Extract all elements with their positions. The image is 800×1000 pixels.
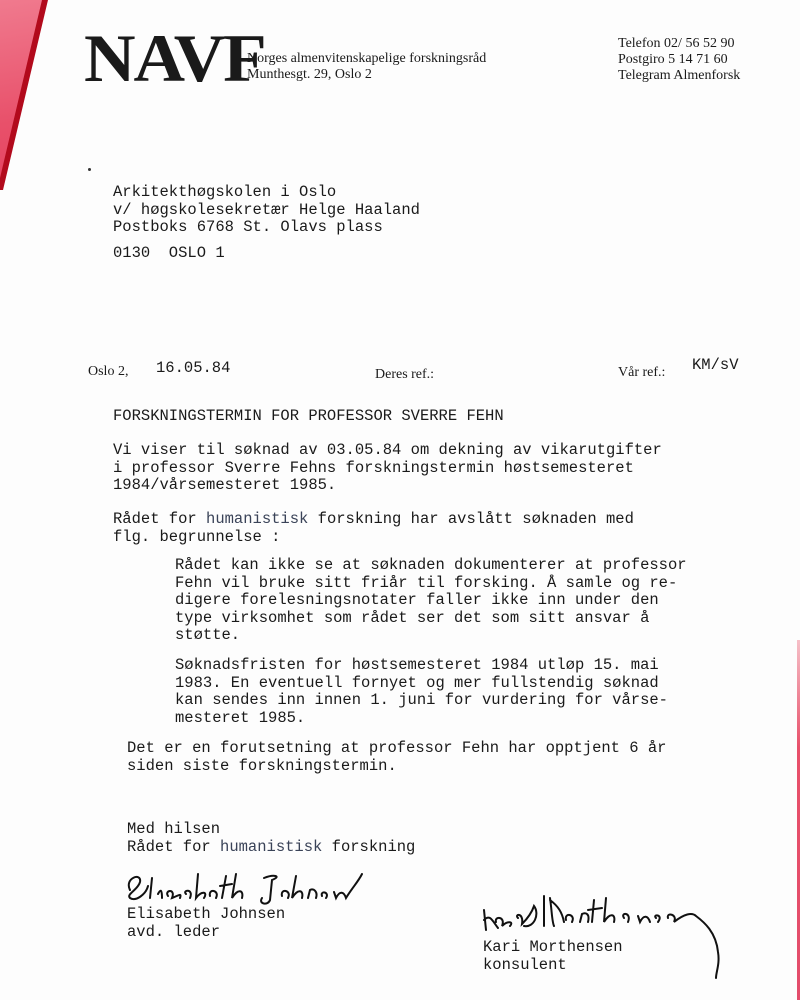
telegram: Telegram Almenforsk [618, 68, 740, 84]
text-line: 1984/vårsemesteret 1985. [113, 477, 662, 495]
text-line: Det er en forutsetning at professor Fehn… [127, 740, 667, 758]
subject-line: FORSKNINGSTERMIN FOR PROFESSOR SVERRE FE… [113, 408, 504, 426]
paragraph-1: Vi viser til søknad av 03.05.84 om dekni… [113, 442, 662, 495]
closing: Med hilsenRådet for humanistisk forsknin… [127, 821, 415, 856]
contact-info: Telefon 02/ 56 52 90 Postgiro 5 14 71 60… [618, 36, 740, 84]
text-line: Rådet kan ikke se at søknaden dokumenter… [175, 557, 687, 575]
place-label: Oslo 2, [88, 364, 128, 380]
text-line: Fehn vil bruke sitt friår til forsking. … [175, 575, 687, 593]
text-segment: humanistisk [206, 510, 308, 528]
reason-1: Rådet kan ikke se at søknaden dokumenter… [175, 557, 687, 645]
text-segment: humanistisk [220, 838, 322, 856]
text-line: i professor Sverre Fehns forskningstermi… [113, 460, 662, 478]
recipient-line: v/ høgskolesekretær Helge Haaland [113, 202, 420, 220]
letter-date: 16.05.84 [156, 360, 230, 378]
council-name: Rådet for humanistisk forskning [127, 839, 415, 857]
text-segment: Rådet for [113, 510, 206, 528]
org-address: Munthesgt. 29, Oslo 2 [247, 67, 486, 83]
recipient-line: Arkitekthøgskolen i Oslo [113, 184, 420, 202]
signatory-name: Kari Morthensen [483, 939, 623, 957]
paragraph-2: Rådet for humanistisk forskning har avsl… [113, 511, 634, 546]
text-line: type virksomhet som rådet ser det som si… [175, 610, 687, 628]
text-line: flg. begrunnelse : [113, 529, 634, 547]
reason-2: Søknadsfristen for høstsemesteret 1984 u… [175, 657, 668, 727]
signatory-johnsen: Elisabeth Johnsenavd. leder [127, 906, 285, 941]
signatory-morthensen: Kari Morthensenkonsulent [483, 939, 623, 974]
var-ref-label: Vår ref.: [618, 365, 665, 381]
text-line: digere forelesningsnotater faller ikke i… [175, 592, 687, 610]
signatory-title: avd. leder [127, 924, 285, 942]
deres-ref-label: Deres ref.: [375, 367, 434, 383]
text-line: Rådet for humanistisk forskning har avsl… [113, 511, 634, 529]
text-segment: forskning [322, 838, 415, 856]
text-line: 1983. En eventuell fornyet og mer fullst… [175, 675, 668, 693]
recipient-address: Arkitekthøgskolen i Oslov/ høgskolesekre… [113, 184, 420, 237]
text-line: kan sendes inn innen 1. juni for vurderi… [175, 692, 668, 710]
text-segment: forskning har avslått søknaden med [308, 510, 634, 528]
navf-logo: NAVF [84, 28, 265, 88]
text-line: støtte. [175, 627, 687, 645]
text-line: Vi viser til søknad av 03.05.84 om dekni… [113, 442, 662, 460]
greeting: Med hilsen [127, 821, 415, 839]
recipient-postal: 0130 OSLO 1 [113, 245, 225, 263]
text-line: mesteret 1985. [175, 710, 668, 728]
telephone: Telefon 02/ 56 52 90 [618, 36, 740, 52]
signatory-title: konsulent [483, 957, 623, 975]
text-line: siden siste forskningstermin. [127, 758, 667, 776]
text-line: Søknadsfristen for høstsemesteret 1984 u… [175, 657, 668, 675]
fold-mark [88, 168, 91, 171]
org-name: Norges almenvitenskapelige forskningsråd [247, 51, 486, 67]
var-ref-value: KM/sV [692, 357, 739, 375]
signature-johnsen [122, 868, 392, 908]
signatory-name: Elisabeth Johnsen [127, 906, 285, 924]
paragraph-3: Det er en forutsetning at professor Fehn… [127, 740, 667, 775]
postgiro: Postgiro 5 14 71 60 [618, 52, 740, 68]
text-segment: Rådet for [127, 838, 220, 856]
recipient-line: Postboks 6768 St. Olavs plass [113, 219, 420, 237]
org-info: Norges almenvitenskapelige forskningsråd… [247, 51, 486, 83]
